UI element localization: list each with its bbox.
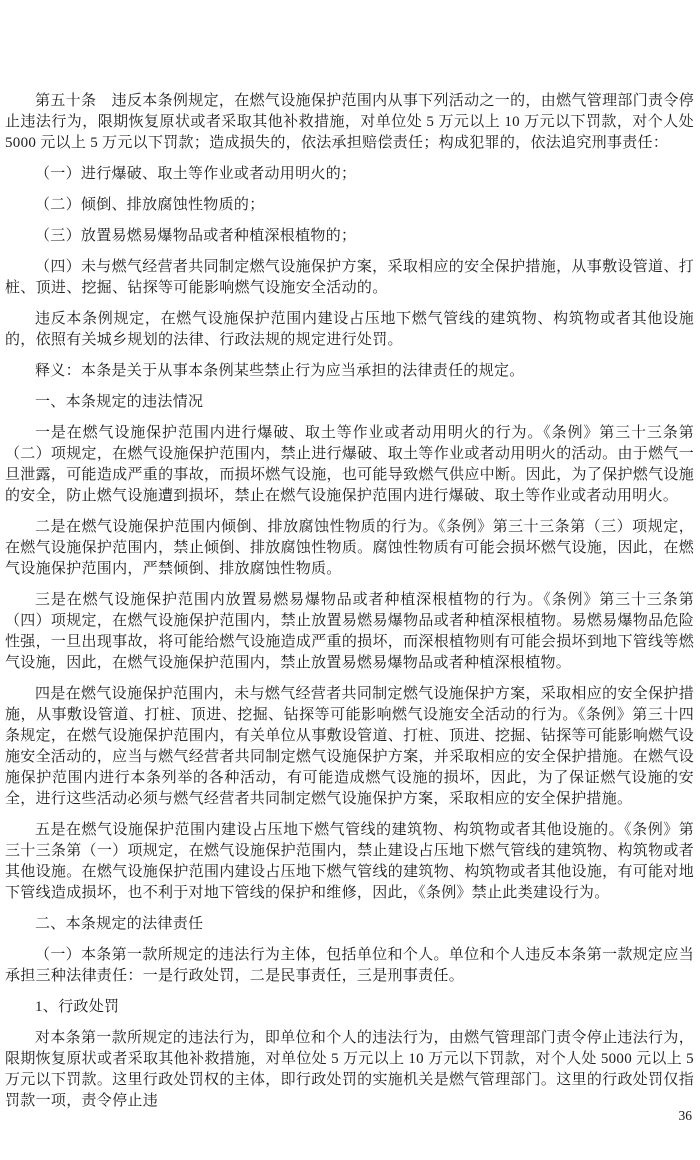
document-body: 第五十条 违反本条例规定，在燃气设施保护范围内从事下列活动之一的，由燃气管理部门… [5, 91, 694, 1112]
paragraph-item-4: （四）未与燃气经营者共同制定燃气设施保护方案，采取相应的安全保护措施，从事敷设管… [5, 257, 694, 299]
heading-section-1-violations: 一、本条规定的违法情况 [5, 392, 694, 413]
paragraph-item-2: （二）倾倒、排放腐蚀性物质的； [5, 195, 694, 216]
paragraph-violation-4: 四是在燃气设施保护范围内，未与燃气经营者共同制定燃气设施保护方案，采取相应的安全… [5, 684, 694, 810]
paragraph-violation-1: 一是在燃气设施保护范围内进行爆破、取土等作业或者动用明火的行为。《条例》第三十三… [5, 423, 694, 507]
heading-section-2-liability: 二、本条规定的法律责任 [5, 914, 694, 935]
paragraph-violation-3: 三是在燃气设施保护范围内放置易燃易爆物品或者种植深根植物的行为。《条例》第三十三… [5, 590, 694, 674]
paragraph-liability-overview: （一）本条第一款所规定的违法行为主体，包括单位和个人。单位和个人违反本条第一款规… [5, 945, 694, 987]
paragraph-interpretation-intro: 释义：本条是关于从事本条例某些禁止行为应当承担的法律责任的规定。 [5, 361, 694, 382]
paragraph-item-3: （三）放置易燃易爆物品或者种植深根植物的； [5, 226, 694, 247]
paragraph-violation-5: 五是在燃气设施保护范围内建设占压地下燃气管线的建筑物、构筑物或者其他设施的。《条… [5, 820, 694, 904]
page-number: 36 [679, 1108, 693, 1124]
paragraph-administrative-penalty: 对本条第一款所规定的违法行为，即单位和个人的违法行为，由燃气管理部门责令停止违法… [5, 1028, 694, 1112]
heading-administrative-penalty: 1、行政处罚 [5, 997, 694, 1018]
paragraph-article-50-intro: 第五十条 违反本条例规定，在燃气设施保护范围内从事下列活动之一的，由燃气管理部门… [5, 91, 694, 154]
paragraph-violation-2: 二是在燃气设施保护范围内倾倒、排放腐蚀性物质的行为。《条例》第三十三条第（三）项… [5, 517, 694, 580]
paragraph-item-1: （一）进行爆破、取土等作业或者动用明火的； [5, 164, 694, 185]
paragraph-second-clause: 违反本条例规定，在燃气设施保护范围内建设占压地下燃气管线的建筑物、构筑物或者其他… [5, 309, 694, 351]
document-page: 第五十条 违反本条例规定，在燃气设施保护范围内从事下列活动之一的，由燃气管理部门… [0, 0, 700, 1160]
